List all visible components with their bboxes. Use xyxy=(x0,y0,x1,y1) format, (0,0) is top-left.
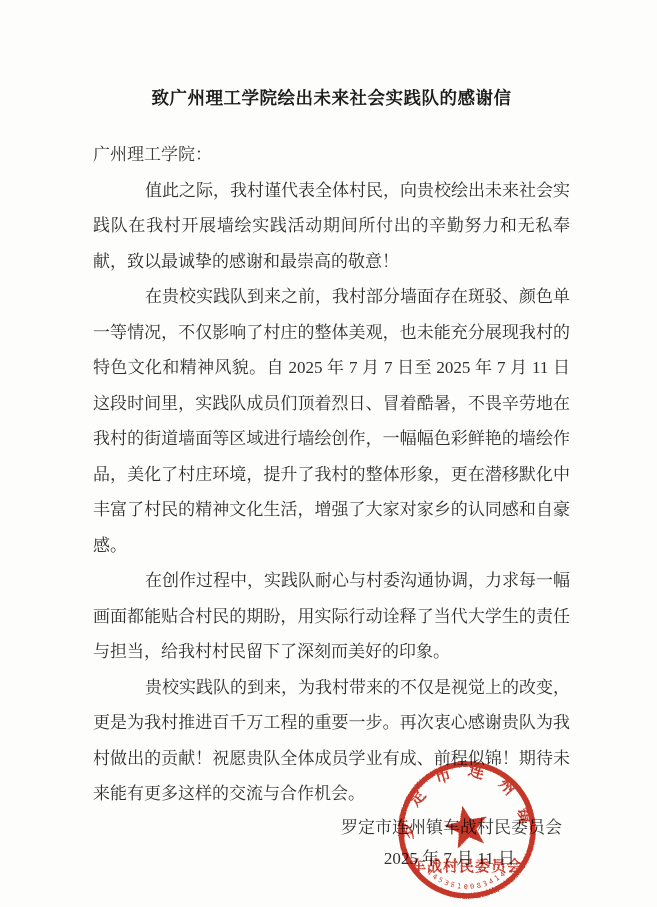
letter-page: 致广州理工学院绘出未来社会实践队的感谢信 广州理工学院： 值此之际，我村谨代表全… xyxy=(0,0,657,907)
signature-date: 2025 年 7 月 11 日 xyxy=(384,844,515,869)
seal-serial-code: 4453810083414 xyxy=(425,869,508,892)
paragraph-1: 值此之际，我村谨代表全体村民，向贵校绘出未来社会实践队在我村开展墙绘实践活动期间… xyxy=(93,173,570,280)
signature-organization: 罗定市连州镇车战村民委员会 xyxy=(341,813,562,838)
letter-title: 致广州理工学院绘出未来社会实践队的感谢信 xyxy=(93,86,570,110)
paragraph-4: 贵校实践队的到来，为我村带来的不仅是视觉上的改变，更是为我村推进百千万工程的重要… xyxy=(93,670,570,812)
letter-body: 致广州理工学院绘出未来社会实践队的感谢信 广州理工学院： 值此之际，我村谨代表全… xyxy=(93,0,570,812)
salutation: 广州理工学院： xyxy=(93,137,570,173)
paragraph-2: 在贵校实践队到来之前，我村部分墙面存在斑驳、颜色单一等情况，不仅影响了村庄的整体… xyxy=(93,279,570,563)
paragraph-3: 在创作过程中，实践队耐心与村委沟通协调，力求每一幅画面都能贴合村民的期盼，用实际… xyxy=(93,563,570,670)
svg-text:4453810083414: 4453810083414 xyxy=(425,869,508,892)
